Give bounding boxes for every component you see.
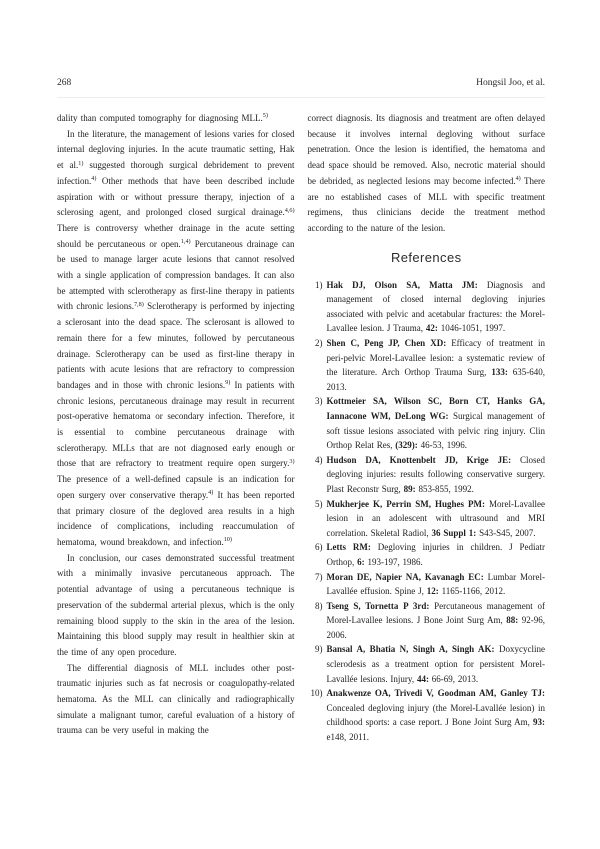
citation-superscript: 4) — [91, 175, 96, 182]
citation-superscript: 4) — [208, 489, 213, 496]
reference-number: 3) — [308, 394, 327, 452]
bold-text-segment: 44: — [417, 674, 429, 684]
two-column-body: dality than computed tomography for diag… — [57, 111, 545, 745]
page-header: 268 Hongsil Joo, et al. — [57, 78, 545, 89]
reference-text: Hak DJ, Olson SA, Matta JM: Diagnosis an… — [327, 278, 546, 336]
header-rule — [57, 97, 545, 98]
reference-number: 2) — [308, 336, 327, 394]
citation-superscript: 1) — [78, 160, 83, 167]
reference-item: 10)Anakwenze OA, Trivedi V, Goodman AM, … — [308, 686, 546, 744]
page-number: 268 — [57, 78, 71, 89]
text-segment: 1165-1166, 2012. — [439, 586, 506, 596]
citation-superscript: 10) — [224, 536, 232, 543]
page-content: 268 Hongsil Joo, et al. dality than comp… — [57, 78, 545, 745]
reference-item: 6)Letts RM: Degloving injuries in childr… — [308, 540, 546, 569]
bold-text-segment: Hak DJ, Olson SA, Matta JM: — [327, 280, 478, 290]
reference-text: Shen C, Peng JP, Chen XD: Efficacy of tr… — [327, 336, 546, 394]
reference-item: 1)Hak DJ, Olson SA, Matta JM: Diagnosis … — [308, 278, 546, 336]
reference-list: 1)Hak DJ, Olson SA, Matta JM: Diagnosis … — [308, 278, 546, 745]
citation-superscript: 5) — [263, 112, 268, 119]
bold-text-segment: Mukherjee K, Perrin SM, Hughes PM: — [327, 499, 486, 509]
reference-item: 7)Moran DE, Napier NA, Kavanagh EC: Lumb… — [308, 570, 546, 599]
citation-superscript: 3) — [289, 458, 294, 465]
text-segment: S43-S45, 2007. — [476, 528, 535, 538]
bold-text-segment: 36 Suppl 1: — [432, 528, 477, 538]
text-segment: Sclerotherapy is performed by injecting … — [57, 301, 295, 390]
text-segment: Concealed degloving injury (the Morel-La… — [327, 703, 546, 728]
body-paragraph: In conclusion, our cases demonstrated su… — [57, 551, 295, 661]
reference-text: Moran DE, Napier NA, Kavanagh EC: Lumbar… — [327, 570, 546, 599]
bold-text-segment: 93: — [533, 717, 545, 727]
running-head: Hongsil Joo, et al. — [476, 78, 545, 89]
bold-text-segment: Letts RM: — [327, 542, 371, 552]
body-paragraph: dality than computed tomography for diag… — [57, 111, 295, 127]
reference-text: Letts RM: Degloving injuries in children… — [327, 540, 546, 569]
left-column: dality than computed tomography for diag… — [57, 111, 295, 745]
reference-item: 3)Kottmeier SA, Wilson SC, Born CT, Hank… — [308, 394, 546, 452]
text-segment: dality than computed tomography for diag… — [57, 113, 263, 123]
bold-text-segment: Tseng S, Tornetta P 3rd: — [327, 601, 430, 611]
reference-item: 9)Bansal A, Bhatia N, Singh A, Singh AK:… — [308, 642, 546, 686]
citation-superscript: 7,8) — [134, 301, 144, 308]
citation-superscript: 4) — [516, 175, 521, 182]
bold-text-segment: 12: — [427, 586, 439, 596]
text-segment: 46-53, 1996. — [418, 440, 467, 450]
bold-text-segment: Anakwenze OA, Trivedi V, Goodman AM, Gan… — [327, 688, 546, 698]
text-segment: 193-197, 1986. — [365, 557, 423, 567]
bold-text-segment: 133: — [491, 367, 508, 377]
bold-text-segment: (329): — [395, 440, 418, 450]
body-paragraph: The differential diagnosis of MLL includ… — [57, 661, 295, 740]
body-paragraph: correct diagnosis. Its diagnosis and tre… — [308, 111, 546, 237]
reference-text: Bansal A, Bhatia N, Singh A, Singh AK: D… — [327, 642, 546, 686]
citation-superscript: 1,4) — [181, 238, 191, 245]
reference-number: 9) — [308, 642, 327, 686]
reference-item: 8)Tseng S, Tornetta P 3rd: Percutaneous … — [308, 599, 546, 643]
references-heading: References — [308, 250, 546, 265]
reference-number: 4) — [308, 453, 327, 497]
reference-number: 8) — [308, 599, 327, 643]
text-segment: e148, 2011. — [327, 732, 370, 742]
reference-number: 6) — [308, 540, 327, 569]
reference-number: 10) — [308, 686, 327, 744]
reference-number: 7) — [308, 570, 327, 599]
text-segment: In patients with chronic lesions, percut… — [57, 380, 295, 469]
reference-text: Mukherjee K, Perrin SM, Hughes PM: Morel… — [327, 497, 546, 541]
bold-text-segment: 88: — [506, 615, 518, 625]
reference-item: 4)Hudson DA, Knottenbelt JD, Krige JE: C… — [308, 453, 546, 497]
reference-number: 1) — [308, 278, 327, 336]
right-column-paragraphs: correct diagnosis. Its diagnosis and tre… — [308, 111, 546, 237]
citation-superscript: 9) — [225, 379, 230, 386]
reference-number: 5) — [308, 497, 327, 541]
text-segment: correct diagnosis. Its diagnosis and tre… — [308, 113, 546, 186]
text-segment: In conclusion, our cases demonstrated su… — [57, 553, 295, 657]
text-segment: 853-855, 1992. — [416, 484, 474, 494]
bold-text-segment: 6: — [357, 557, 365, 567]
reference-text: Anakwenze OA, Trivedi V, Goodman AM, Gan… — [327, 686, 546, 744]
citation-superscript: 4,6) — [285, 207, 295, 214]
body-paragraph: In the literature, the management of les… — [57, 127, 295, 551]
reference-text: Hudson DA, Knottenbelt JD, Krige JE: Clo… — [327, 453, 546, 497]
text-segment: Other methods that have been described i… — [57, 176, 295, 217]
bold-text-segment: Bansal A, Bhatia N, Singh A, Singh AK: — [327, 644, 495, 654]
bold-text-segment: Moran DE, Napier NA, Kavanagh EC: — [327, 572, 484, 582]
reference-text: Kottmeier SA, Wilson SC, Born CT, Hanks … — [327, 394, 546, 452]
text-segment: 1046-1051, 1997. — [438, 323, 505, 333]
text-segment: 66-69, 2013. — [429, 674, 478, 684]
bold-text-segment: 42: — [426, 323, 438, 333]
reference-item: 2)Shen C, Peng JP, Chen XD: Efficacy of … — [308, 336, 546, 394]
journal-page: 268 Hongsil Joo, et al. dality than comp… — [0, 0, 600, 849]
bold-text-segment: Shen C, Peng JP, Chen XD: — [327, 338, 447, 348]
bold-text-segment: 89: — [404, 484, 416, 494]
text-segment: The differential diagnosis of MLL includ… — [57, 663, 295, 736]
right-column: correct diagnosis. Its diagnosis and tre… — [308, 111, 546, 745]
reference-item: 5)Mukherjee K, Perrin SM, Hughes PM: Mor… — [308, 497, 546, 541]
reference-text: Tseng S, Tornetta P 3rd: Percutaneous ma… — [327, 599, 546, 643]
bold-text-segment: Hudson DA, Knottenbelt JD, Krige JE: — [327, 455, 512, 465]
